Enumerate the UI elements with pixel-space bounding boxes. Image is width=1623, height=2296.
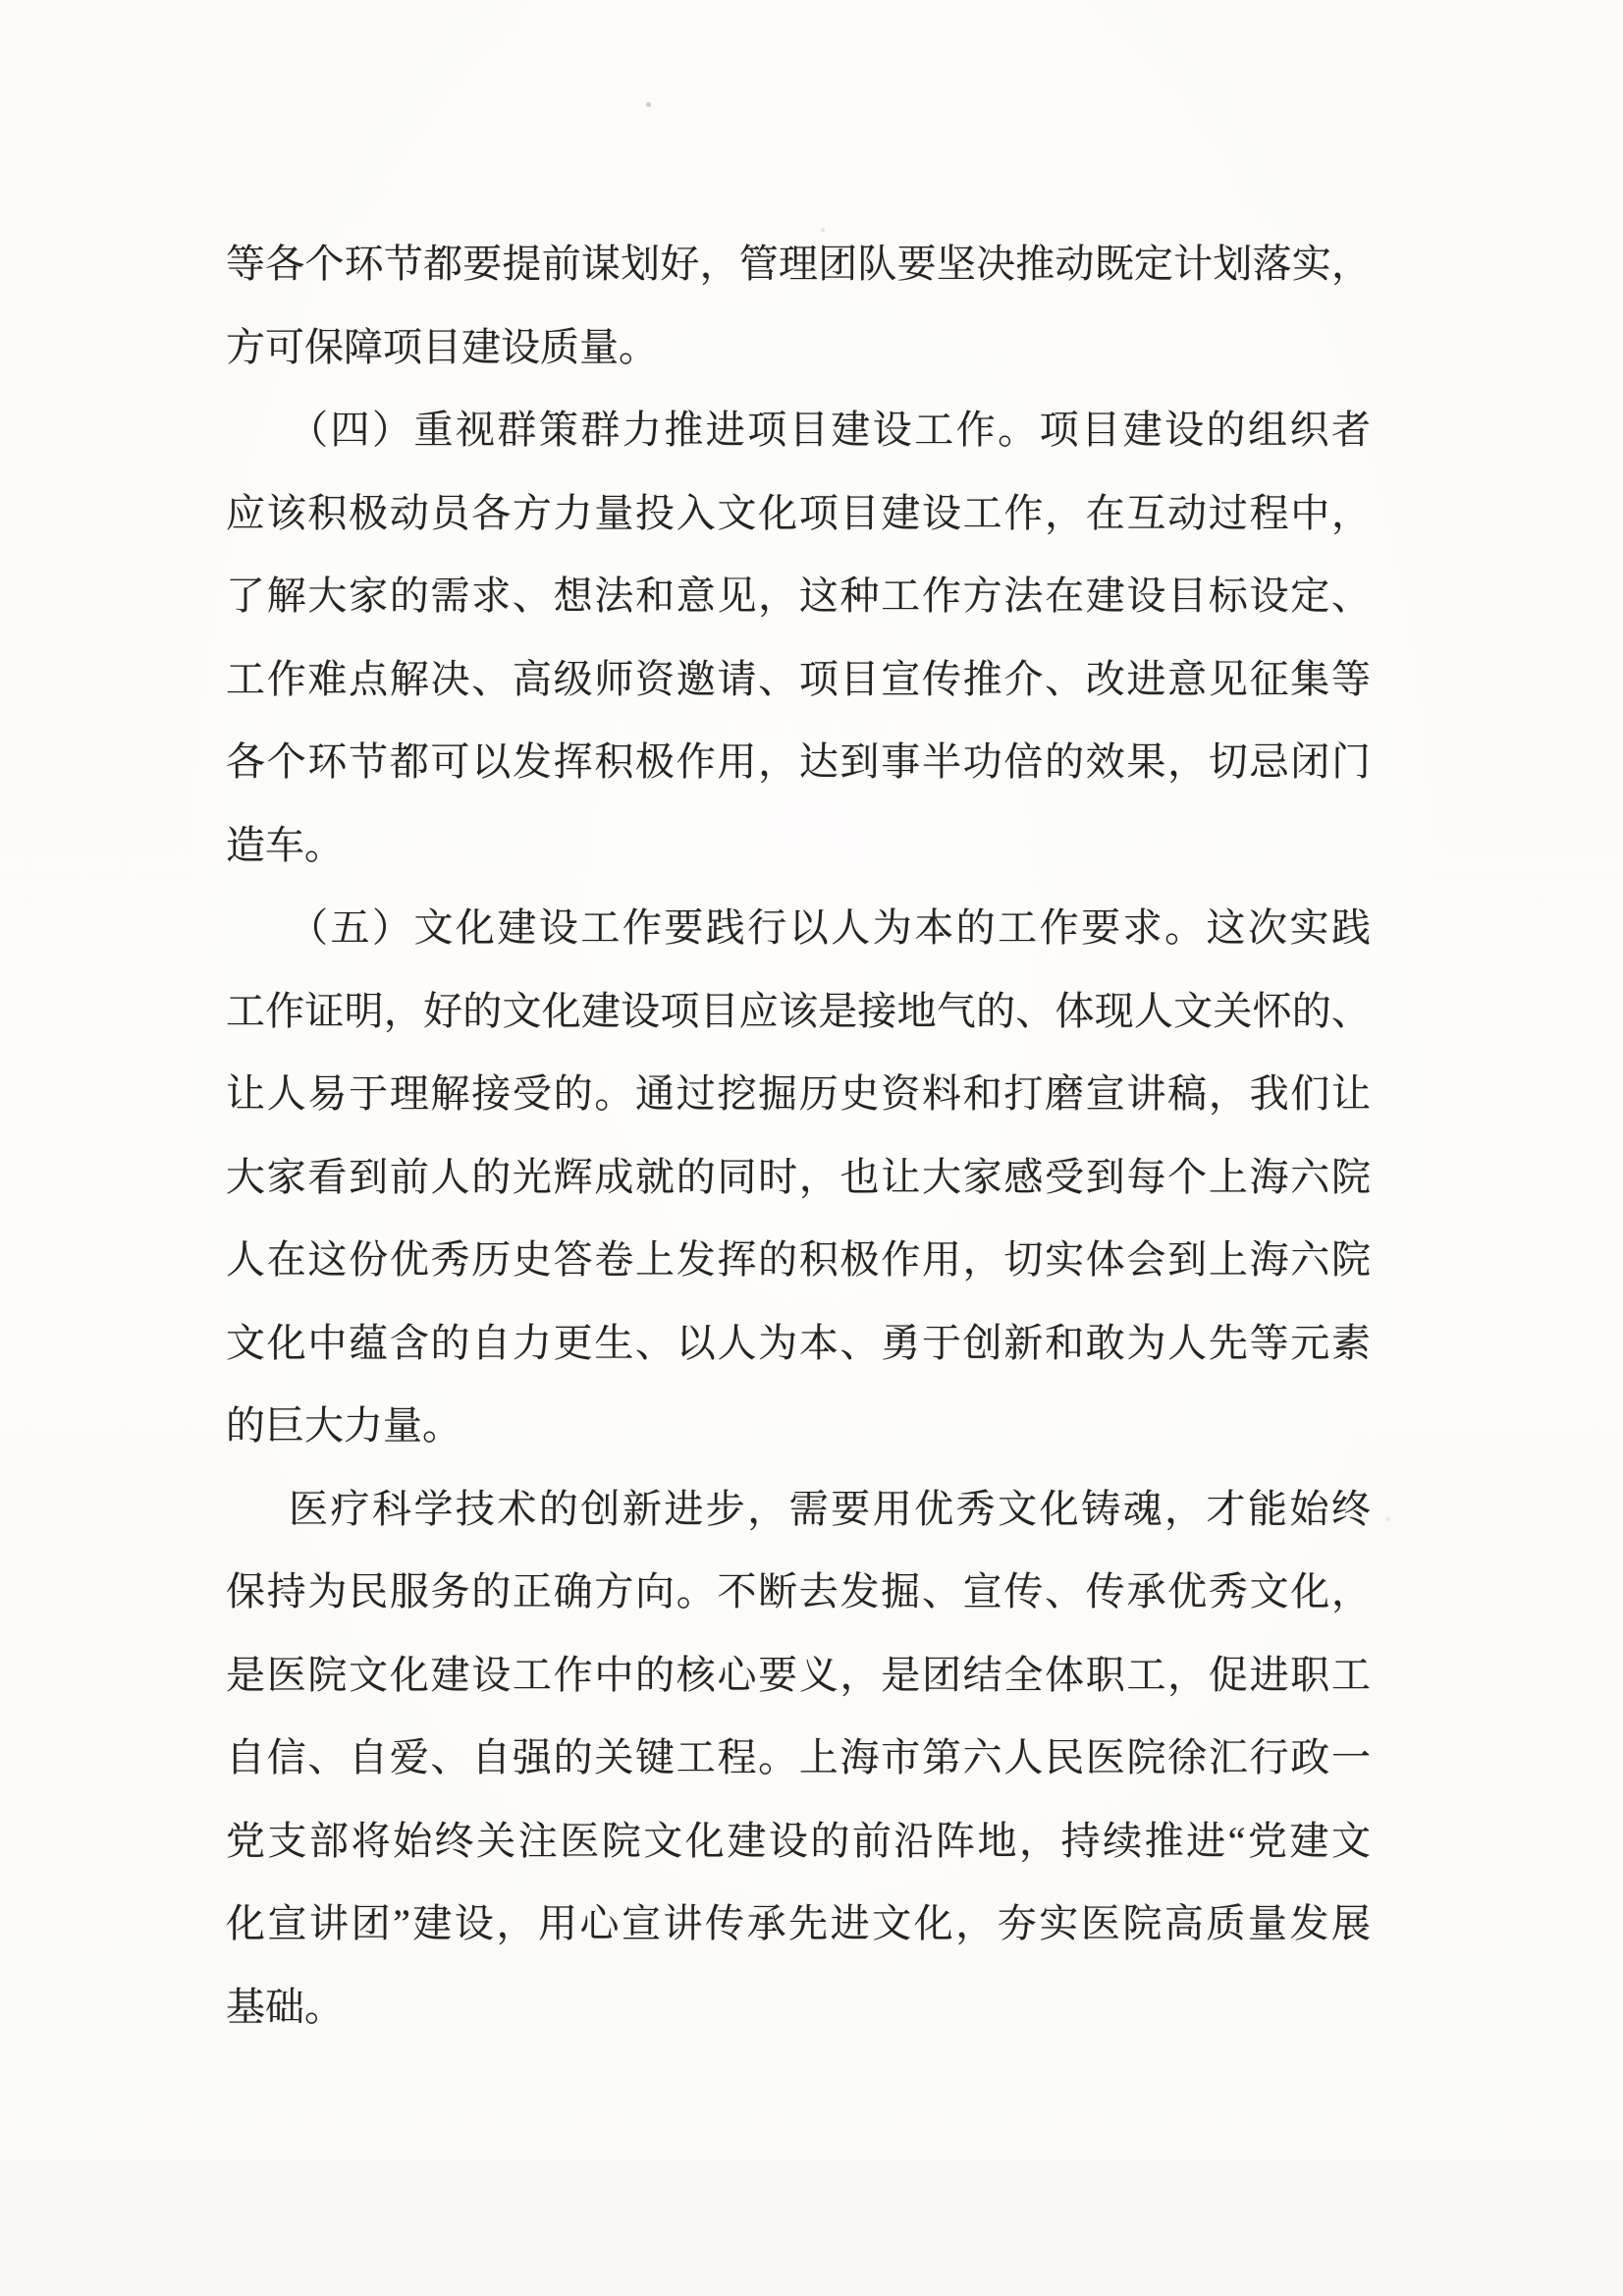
text-line: 基础。 (226, 1966, 1371, 2050)
text-line: 人在这份优秀历史答卷上发挥的积极作用，切实体会到上海六院 (226, 1219, 1371, 1302)
text-line: 工作难点解决、高级师资邀请、项目宣传推介、改进意见征集等 (226, 638, 1371, 722)
text-line: （四）重视群策群力推进项目建设工作。项目建设的组织者 (226, 389, 1371, 472)
text-line: 大家看到前人的光辉成就的同时，也让大家感受到每个上海六院 (226, 1136, 1371, 1220)
text-line: 让人易于理解接受的。通过挖掘历史资料和打磨宣讲稿，我们让 (226, 1053, 1371, 1136)
text-line: （五）文化建设工作要践行以人为本的工作要求。这次实践 (226, 887, 1371, 970)
text-line: 等各个环节都要提前谋划好，管理团队要坚决推动既定计划落实， (226, 223, 1371, 306)
text-line: 各个环节都可以发挥积极作用，达到事半功倍的效果，切忌闭门 (226, 721, 1371, 804)
text-line: 应该积极动员各方力量投入文化项目建设工作，在互动过程中， (226, 472, 1371, 556)
text-line: 是医院文化建设工作中的核心要义，是团结全体职工，促进职工 (226, 1634, 1371, 1718)
scan-speck (1386, 1517, 1390, 1521)
text-line: 化宣讲团”建设，用心宣讲传承先进文化，夯实医院高质量发展 (226, 1883, 1371, 1966)
text-line: 文化中蕴含的自力更生、以人为本、勇于创新和敢为人先等元素 (226, 1302, 1371, 1386)
text-line: 党支部将始终关注医院文化建设的前沿阵地，持续推进“党建文 (226, 1800, 1371, 1884)
text-line: 的巨大力量。 (226, 1385, 1371, 1468)
text-line: 工作证明，好的文化建设项目应该是接地气的、体现人文关怀的、 (226, 970, 1371, 1054)
text-line: 了解大家的需求、想法和意见，这种工作方法在建设目标设定、 (226, 555, 1371, 638)
scanned-document-page: 等各个环节都要提前谋划好，管理团队要坚决推动既定计划落实， 方可保障项目建设质量… (0, 0, 1623, 2296)
document-text-block: 等各个环节都要提前谋划好，管理团队要坚决推动既定计划落实， 方可保障项目建设质量… (226, 223, 1371, 2049)
text-line: 自信、自爱、自强的关键工程。上海市第六人民医院徐汇行政一 (226, 1717, 1371, 1800)
scan-speck (646, 102, 651, 107)
text-line: 造车。 (226, 804, 1371, 888)
text-line: 保持为民服务的正确方向。不断去发掘、宣传、传承优秀文化， (226, 1551, 1371, 1634)
text-line: 方可保障项目建设质量。 (226, 306, 1371, 390)
text-line: 医疗科学技术的创新进步，需要用优秀文化铸魂，才能始终 (226, 1468, 1371, 1552)
